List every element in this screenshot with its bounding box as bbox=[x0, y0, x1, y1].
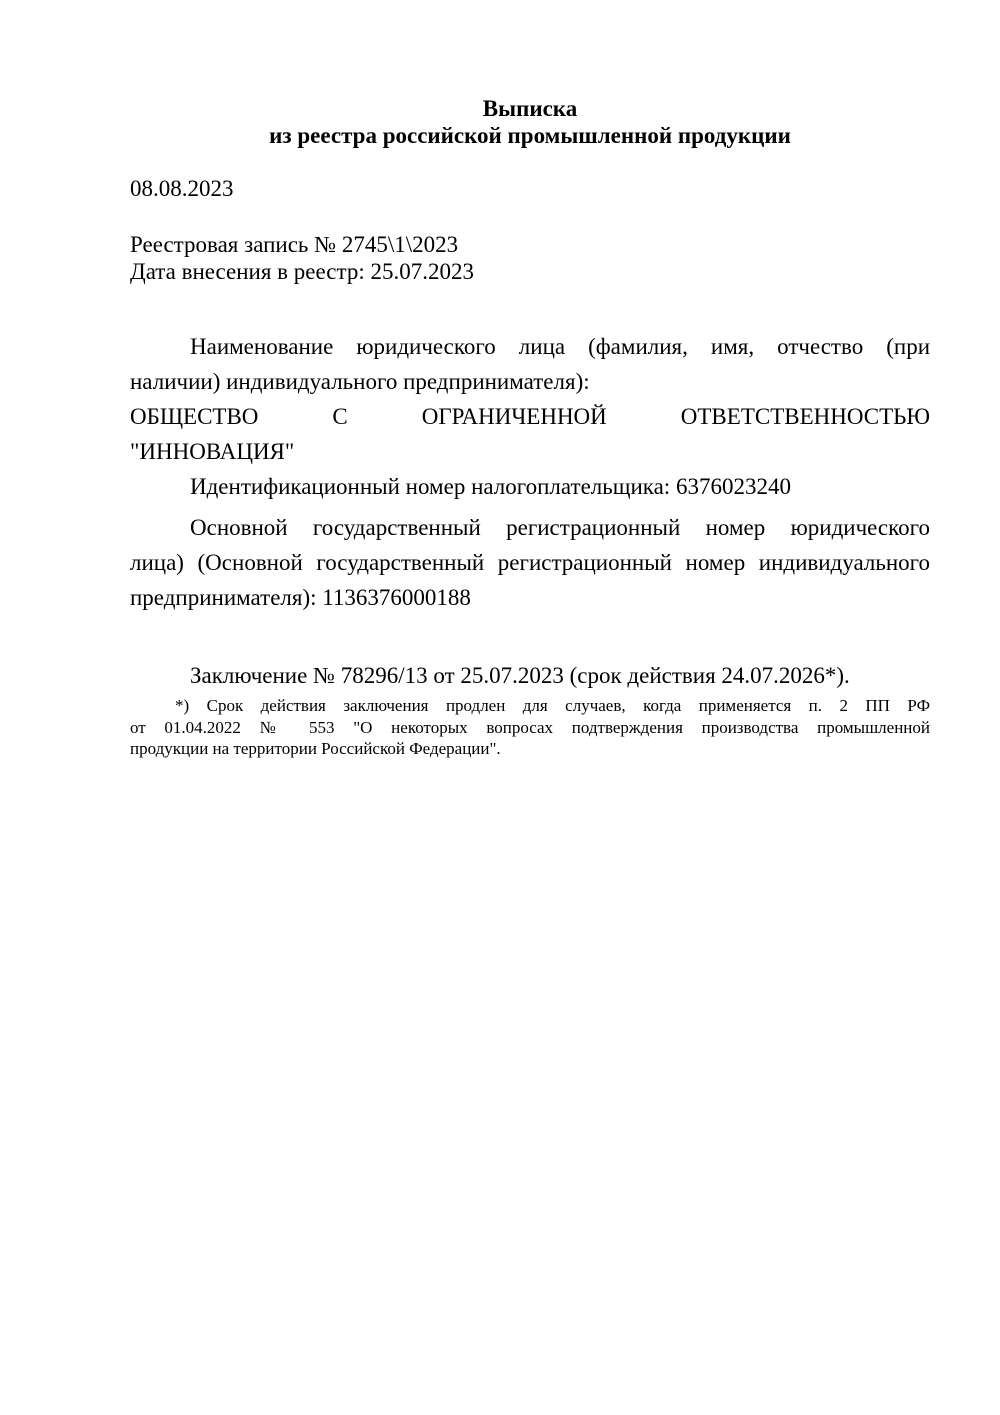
registry-block: Реестровая запись № 2745\1\2023 Дата вне… bbox=[130, 231, 930, 285]
footnote-line-3: продукции на территории Российской Федер… bbox=[130, 738, 930, 760]
inn-paragraph: Идентификационный номер налогоплательщик… bbox=[130, 469, 930, 504]
document-page: Выписка из реестра российской промышленн… bbox=[0, 0, 1000, 1415]
conclusion-line: Заключение № 78296/13 от 25.07.2023 (сро… bbox=[130, 658, 930, 693]
ogrn-line-2: лица) (Основной государственный регистра… bbox=[130, 545, 930, 580]
title-line-2: из реестра российской промышленной проду… bbox=[130, 122, 930, 149]
registry-entry-date-line: Дата внесения в реестр: 25.07.2023 bbox=[130, 258, 930, 285]
inn-line: Идентификационный номер налогоплательщик… bbox=[130, 469, 930, 504]
entity-name-label-line-2: наличии) индивидуального предпринимателя… bbox=[130, 364, 930, 399]
entity-name-line-2: "ИННОВАЦИЯ" bbox=[130, 434, 930, 469]
registry-record-line: Реестровая запись № 2745\1\2023 bbox=[130, 231, 930, 258]
title-line-1: Выписка bbox=[130, 95, 930, 122]
ogrn-paragraph: Основной государственный регистрационный… bbox=[130, 510, 930, 615]
footnote-line-2: от 01.04.2022 № 553 "О некоторых вопроса… bbox=[130, 717, 930, 739]
conclusion-paragraph: Заключение № 78296/13 от 25.07.2023 (сро… bbox=[130, 658, 930, 693]
ogrn-line-1: Основной государственный регистрационный… bbox=[130, 510, 930, 545]
entity-name-label-paragraph: Наименование юридического лица (фамилия,… bbox=[130, 329, 930, 399]
footnote-paragraph: *) Срок действия заключения продлен для … bbox=[130, 695, 930, 760]
ogrn-line-3: предпринимателя): 1136376000188 bbox=[130, 580, 930, 615]
entity-name-paragraph: ОБЩЕСТВО С ОГРАНИЧЕННОЙ ОТВЕТСТВЕННОСТЬЮ… bbox=[130, 399, 930, 469]
footnote-line-1: *) Срок действия заключения продлен для … bbox=[130, 695, 930, 717]
entity-name-label-line-1: Наименование юридического лица (фамилия,… bbox=[130, 329, 930, 364]
entity-name-line-1: ОБЩЕСТВО С ОГРАНИЧЕННОЙ ОТВЕТСТВЕННОСТЬЮ bbox=[130, 399, 930, 434]
document-title: Выписка из реестра российской промышленн… bbox=[130, 95, 930, 149]
issue-date: 08.08.2023 bbox=[130, 175, 930, 202]
